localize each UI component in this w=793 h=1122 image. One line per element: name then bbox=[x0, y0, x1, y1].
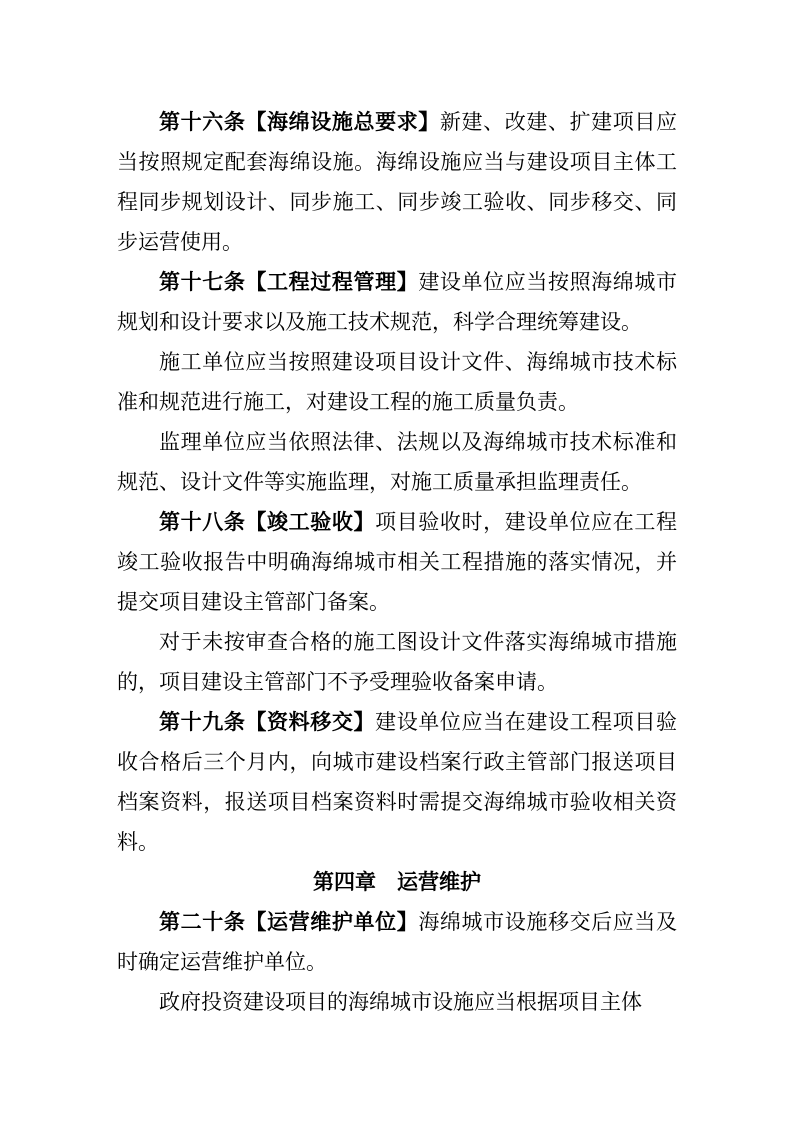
article-17-paragraph-2-text: 施工单位应当按照建设项目设计文件、海绵城市技术标准和规范进行施工，对建设工程的施… bbox=[117, 350, 677, 414]
document-body: 第十六条【海绵设施总要求】新建、改建、扩建项目应当按照规定配套海绵设施。海绵设施… bbox=[117, 102, 677, 1022]
chapter-4-heading: 第四章 运营维护 bbox=[117, 862, 677, 902]
document-page: 第十六条【海绵设施总要求】新建、改建、扩建项目应当按照规定配套海绵设施。海绵设施… bbox=[0, 0, 793, 1122]
article-17-paragraph-2: 施工单位应当按照建设项目设计文件、海绵城市技术标准和规范进行施工，对建设工程的施… bbox=[117, 342, 677, 422]
article-20-paragraph: 第二十条【运营维护单位】海绵城市设施移交后应当及时确定运营维护单位。 bbox=[117, 902, 677, 982]
article-18-paragraph: 第十八条【竣工验收】项目验收时，建设单位应在工程竣工验收报告中明确海绵城市相关工… bbox=[117, 502, 677, 622]
article-19-paragraph: 第十九条【资料移交】建设单位应当在建设工程项目验收合格后三个月内，向城市建设档案… bbox=[117, 702, 677, 862]
article-17-heading: 第十七条【工程过程管理】 bbox=[159, 270, 418, 294]
article-18-paragraph-2: 对于未按审查合格的施工图设计文件落实海绵城市措施的，项目建设主管部门不予受理验收… bbox=[117, 622, 677, 702]
article-16-heading: 第十六条【海绵设施总要求】 bbox=[159, 110, 440, 134]
article-17-paragraph-3: 监理单位应当依照法律、法规以及海绵城市技术标准和规范、设计文件等实施监理，对施工… bbox=[117, 422, 677, 502]
article-20-heading: 第二十条【运营维护单位】 bbox=[159, 910, 418, 934]
article-18-paragraph-2-text: 对于未按审查合格的施工图设计文件落实海绵城市措施的，项目建设主管部门不予受理验收… bbox=[117, 630, 677, 694]
article-19-heading: 第十九条【资料移交】 bbox=[159, 710, 375, 734]
article-17-paragraph: 第十七条【工程过程管理】建设单位应当按照海绵城市规划和设计要求以及施工技术规范，… bbox=[117, 262, 677, 342]
chapter-4-heading-text: 第四章 运营维护 bbox=[313, 870, 481, 894]
article-20-paragraph-2: 政府投资建设项目的海绵城市设施应当根据项目主体 bbox=[117, 982, 677, 1022]
article-16-paragraph: 第十六条【海绵设施总要求】新建、改建、扩建项目应当按照规定配套海绵设施。海绵设施… bbox=[117, 102, 677, 262]
article-18-heading: 第十八条【竣工验收】 bbox=[159, 510, 375, 534]
article-20-paragraph-2-text: 政府投资建设项目的海绵城市设施应当根据项目主体 bbox=[159, 990, 642, 1014]
article-17-paragraph-3-text: 监理单位应当依照法律、法规以及海绵城市技术标准和规范、设计文件等实施监理，对施工… bbox=[117, 430, 677, 494]
